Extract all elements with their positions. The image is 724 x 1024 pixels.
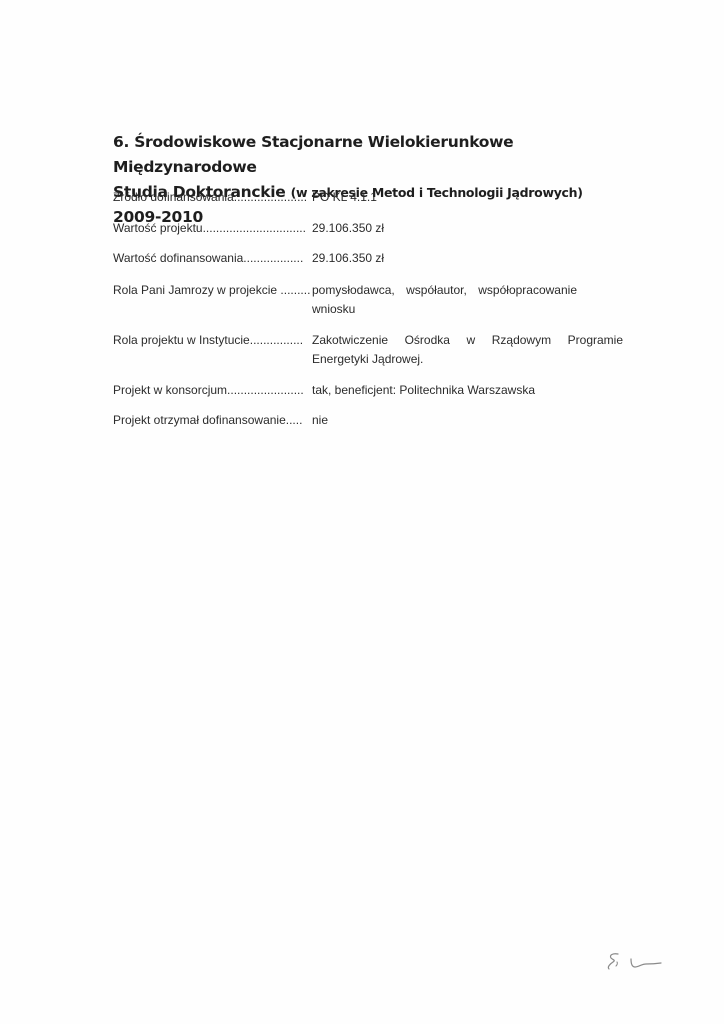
section-number: 6. bbox=[113, 133, 129, 151]
dot-leader: ...................... bbox=[234, 190, 307, 204]
field-role-in-project: Rola Pani Jamrozy w projekcie ......... … bbox=[113, 281, 623, 319]
field-label: Projekt otrzymał dofinansowanie bbox=[113, 413, 286, 427]
dot-leader: ............................... bbox=[203, 221, 306, 235]
field-project-role-institute: Rola projektu w Instytucie..............… bbox=[113, 331, 623, 369]
field-project-value: Wartość projektu........................… bbox=[113, 219, 623, 238]
field-value: 29.106.350 zł bbox=[312, 219, 623, 238]
field-label: Rola projektu w Instytucie bbox=[113, 333, 250, 347]
section-title-line1: Środowiskowe Stacjonarne Wielokierunkowe… bbox=[113, 133, 513, 176]
field-value: nie bbox=[312, 411, 623, 430]
dot-leader: ..... bbox=[286, 413, 303, 427]
document-page: 6. Środowiskowe Stacjonarne Wielokierunk… bbox=[0, 0, 724, 1024]
dot-leader: ................ bbox=[250, 333, 303, 347]
field-value: tak, beneficjent: Politechnika Warszawsk… bbox=[312, 381, 623, 400]
field-label: Rola Pani Jamrozy w projekcie bbox=[113, 283, 277, 297]
field-value: pomysłodawca, współautor, współopracowan… bbox=[312, 281, 623, 319]
dot-leader: ....................... bbox=[227, 383, 304, 397]
field-label: Wartość dofinansowania bbox=[113, 251, 243, 265]
field-value: 29.106.350 zł bbox=[312, 249, 623, 268]
field-funding-value: Wartość dofinansowania..................… bbox=[113, 249, 623, 268]
signature-icon bbox=[604, 948, 666, 974]
field-label: Źródło dofinansowania bbox=[113, 190, 234, 204]
dot-leader: .................. bbox=[243, 251, 303, 265]
field-value: PO KL 4.1.1 bbox=[312, 188, 623, 207]
field-value: Zakotwiczenie Ośrodka w Rządowym Program… bbox=[312, 331, 623, 369]
field-label: Wartość projektu bbox=[113, 221, 203, 235]
field-funding-source: Źródło dofinansowania...................… bbox=[113, 188, 623, 207]
dot-leader: ......... bbox=[277, 283, 310, 297]
project-fields: Źródło dofinansowania...................… bbox=[113, 188, 623, 430]
field-label: Projekt w konsorcjum bbox=[113, 383, 227, 397]
field-consortium: Projekt w konsorcjum....................… bbox=[113, 381, 623, 400]
field-received-funding: Projekt otrzymał dofinansowanie..... nie bbox=[113, 411, 623, 430]
